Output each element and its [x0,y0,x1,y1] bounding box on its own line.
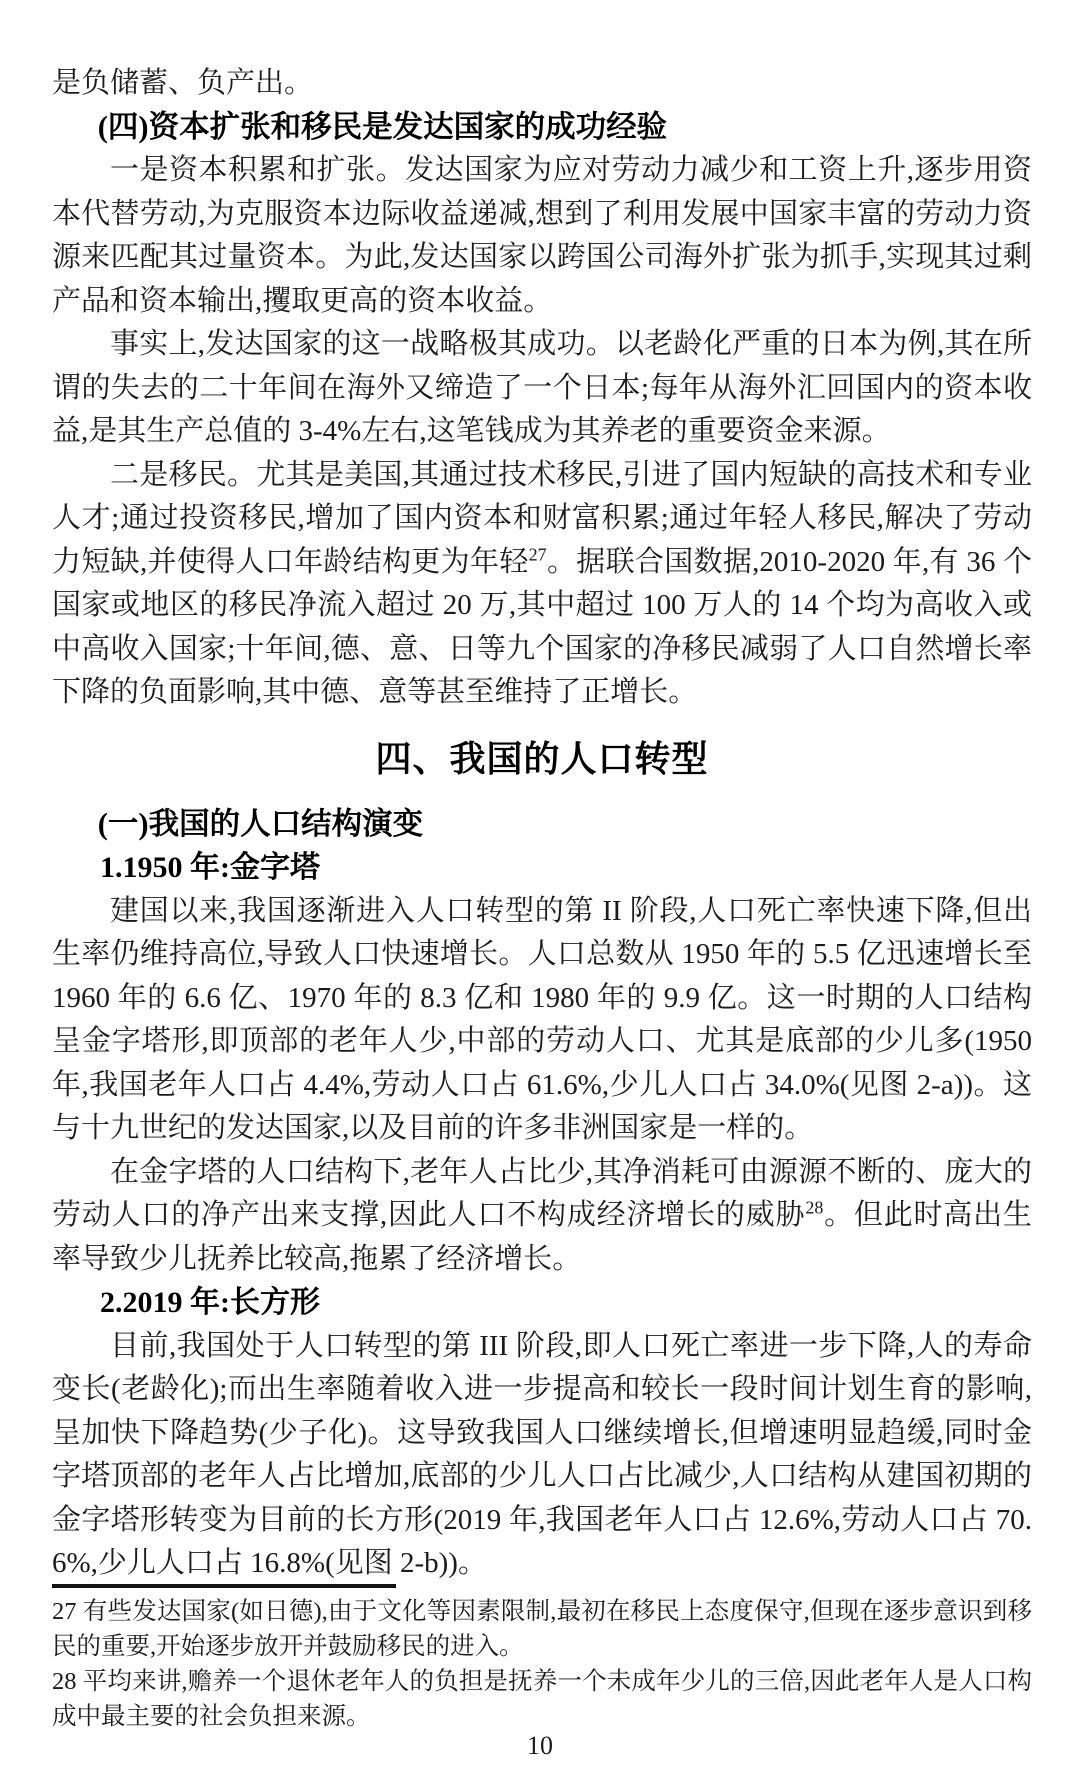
paragraph: 二是移民。尤其是美国,其通过技术移民,引进了国内短缺的高技术和专业人才;通过投资… [52,454,1032,715]
text-run: 四、我国的人口转型 [375,739,708,779]
text-run: 建国以来,我国逐渐进入人口转型的第 II 阶段,人口死亡率快速下降,但出生率仍维… [52,895,1032,1145]
footnote-area: 27 有些发达国家(如日德),由于文化等因素限制,最初在移民上态度保守,但现在逐… [52,1584,1032,1734]
heading-num: 1.1950 年:金字塔 [52,846,1032,890]
footnote-ref: 28 [805,1197,823,1217]
heading-sub: (一)我国的人口结构演变 [52,803,1032,847]
document-page: 是负储蓄、负产出。(四)资本扩张和移民是发达国家的成功经验一是资本积累和扩张。发… [0,0,1080,1773]
text-run: 2.2019 年:长方形 [100,1286,320,1319]
footnote-marker: 28 [52,1668,83,1695]
text-run: (一)我国的人口结构演变 [98,807,423,841]
text-run: 事实上,发达国家的这一战略极其成功。以老龄化严重的日本为例,其在所谓的失去的二十… [52,328,1032,447]
text-run: 目前,我国处于人口转型的第 III 阶段,即人口死亡率进一步下降,人的寿命变长(… [52,1330,1032,1580]
paragraph: 是负储蓄、负产出。 [52,62,1032,106]
footnote-ref: 27 [529,544,547,564]
heading-sub: (四)资本扩张和移民是发达国家的成功经验 [52,106,1032,150]
heading-num: 2.2019 年:长方形 [52,1281,1032,1325]
footnote-separator [52,1584,396,1588]
page-number: 10 [0,1731,1080,1761]
paragraph: 在金字塔的人口结构下,老年人占比少,其净消耗可由源源不断的、庞大的劳动人口的净产… [52,1151,1032,1282]
footnotes: 27 有些发达国家(如日德),由于文化等因素限制,最初在移民上态度保守,但现在逐… [52,1594,1032,1734]
footnote-text: 有些发达国家(如日德),由于文化等因素限制,最初在移民上态度保守,但现在逐步意识… [52,1598,1032,1660]
text-run: (四)资本扩张和移民是发达国家的成功经验 [98,110,667,144]
footnote-marker: 27 [52,1598,83,1625]
text-run: 一是资本积累和扩张。发达国家为应对劳动力减少和工资上升,逐步用资本代替劳动,为克… [52,154,1032,317]
paragraph: 一是资本积累和扩张。发达国家为应对劳动力减少和工资上升,逐步用资本代替劳动,为克… [52,149,1032,323]
paragraph: 目前,我国处于人口转型的第 III 阶段,即人口死亡率进一步下降,人的寿命变长(… [52,1325,1032,1586]
text-run: 1.1950 年:金字塔 [100,851,320,884]
heading-section: 四、我国的人口转型 [52,729,1032,789]
paragraph: 建国以来,我国逐渐进入人口转型的第 II 阶段,人口死亡率快速下降,但出生率仍维… [52,890,1032,1151]
footnote: 28 平均来讲,赡养一个退休老年人的负担是抚养一个未成年少儿的三倍,因此老年人是… [52,1664,1032,1734]
paragraph: 事实上,发达国家的这一战略极其成功。以老龄化严重的日本为例,其在所谓的失去的二十… [52,323,1032,454]
footnote: 27 有些发达国家(如日德),由于文化等因素限制,最初在移民上态度保守,但现在逐… [52,1594,1032,1664]
article-body: 是负储蓄、负产出。(四)资本扩张和移民是发达国家的成功经验一是资本积累和扩张。发… [52,62,1032,1586]
footnote-text: 平均来讲,赡养一个退休老年人的负担是抚养一个未成年少儿的三倍,因此老年人是人口构… [52,1668,1032,1730]
text-run: 是负储蓄、负产出。 [52,67,313,99]
